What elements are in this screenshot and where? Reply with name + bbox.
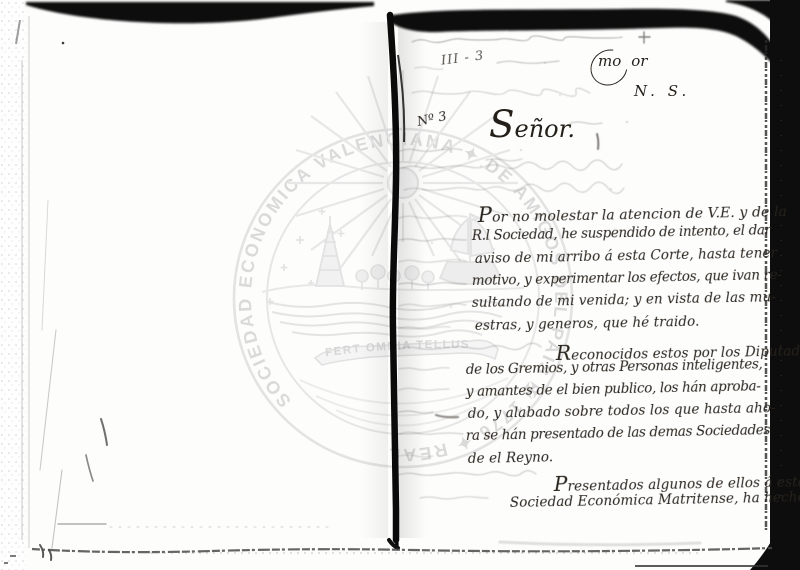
manuscript-line: do, y alabado sobre todos los que hasta … (468, 400, 776, 422)
heading-superscript-or: or (631, 52, 647, 70)
manuscript-text-layer: III - 3 moor N. S. Nº 3 Señor. Por no mo… (0, 0, 800, 570)
manuscript-line: sultando de mi venida; y en vista de las… (472, 289, 776, 311)
heading-exmo-sor: moor (598, 52, 647, 76)
manuscript-line: estras, y generos, que hé traido. (475, 314, 700, 334)
manuscript-line: de el Reyno. (468, 449, 554, 467)
scanned-book-spread: SOCIEDAD ECONOMICA VALENCIANA ✦ DE AMIGO… (0, 0, 800, 570)
manuscript-line: motivo, y experimentar los efectos, que … (472, 267, 782, 289)
manuscript-line: y amantes de el bien publico, los hán ap… (466, 378, 761, 400)
folio-number: Nº 3 (416, 109, 448, 130)
flourish-circle (583, 42, 634, 92)
archival-folio-mark: III - 3 (440, 48, 485, 68)
heading-ns: N. S. (634, 82, 690, 100)
manuscript-line: aviso de mi arribo á esta Corte, hasta t… (475, 245, 778, 267)
salutation-senor: Señor. (489, 102, 575, 146)
manuscript-line: de los Gremios, y otras Personas intelig… (466, 356, 763, 378)
manuscript-line: ra se hán presentado de las demas Socied… (466, 422, 771, 444)
